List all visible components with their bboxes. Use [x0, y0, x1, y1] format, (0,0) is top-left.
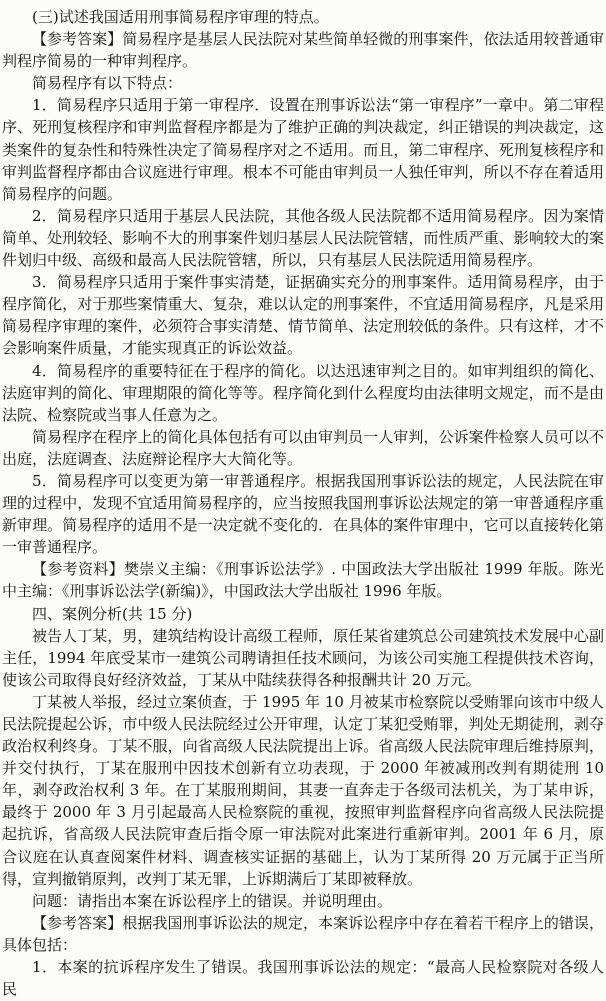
paragraph: 简易程序在程序上的简化具体包括有可以由审判员一人审判，公诉案件检察人员可以不出庭… [2, 426, 604, 470]
paragraph: (三)试述我国适用刑事简易程序审理的特点。 [2, 6, 604, 28]
document-page: (三)试述我国适用刑事简易程序审理的特点。【参考答案】简易程序是基层人民法院对某… [0, 0, 606, 1001]
paragraph: 【参考资料】樊崇义主编：《刑事诉讼法学》. 中国政法大学出版社 1999 年版。… [2, 558, 604, 602]
paragraph: 【参考答案】根据我国刑事诉讼法的规定，本案诉讼程序中存在着若干程序上的错误，具体… [2, 912, 604, 956]
paragraph: 2．简易程序只适用于基层人民法院，其他各级人民法院都不适用简易程序。因为案情简单… [2, 205, 604, 271]
paragraph: 简易程序有以下特点： [2, 72, 604, 94]
paragraph: 5．简易程序可以变更为第一审普通程序。根据我国刑事诉讼法的规定，人民法院在审理的… [2, 470, 604, 558]
paragraph: 3．简易程序只适用于案件事实清楚，证据确实充分的刑事案件。适用简易程序，由于程序… [2, 271, 604, 359]
paragraph: 被告人丁某，男，建筑结构设计高级工程师，原任某省建筑总公司建筑技术发展中心副主任… [2, 625, 604, 691]
paragraph: 1．本案的抗诉程序发生了错误。我国刑事诉讼法的规定：“最高人民检察院对各级人民 [2, 956, 604, 1000]
document-body: (三)试述我国适用刑事简易程序审理的特点。【参考答案】简易程序是基层人民法院对某… [2, 6, 604, 1000]
paragraph: 四、案例分析(共 15 分) [2, 603, 604, 625]
paragraph: 问题：请指出本案在诉讼程序上的错误。并说明理由。 [2, 890, 604, 912]
paragraph: 【参考答案】简易程序是基层人民法院对某些简单轻微的刑事案件，依法适用较普通审判程… [2, 28, 604, 72]
paragraph: 丁某被人举报，经过立案侦查，于 1995 年 10 月被某市检察院以受贿罪向该市… [2, 691, 604, 890]
paragraph: 1．简易程序只适用于第一审程序．设置在刑事诉讼法“第一审程序”一章中。第二审程序… [2, 94, 604, 204]
paragraph: 4．简易程序的重要特征在于程序的简化。以达迅速审判之目的。如审判组织的简化、法庭… [2, 360, 604, 426]
